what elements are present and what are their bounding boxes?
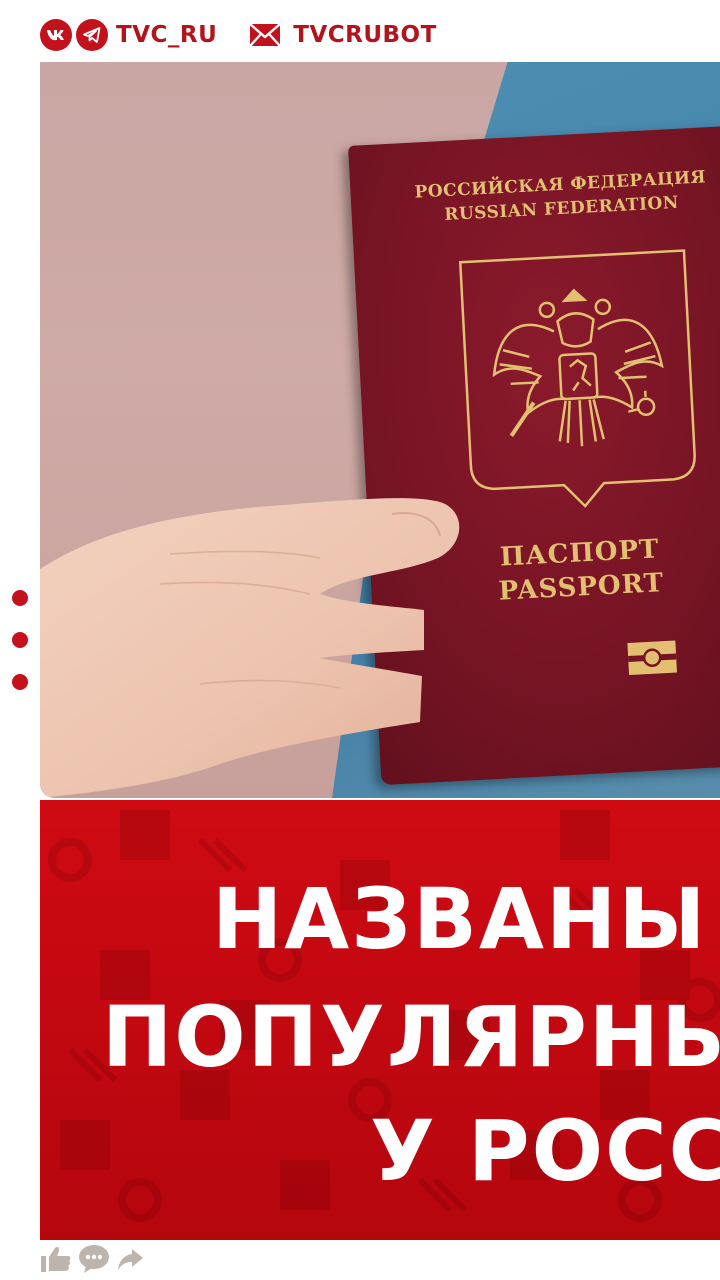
comment-icon[interactable] [78, 1244, 110, 1274]
vk-icon[interactable] [40, 19, 72, 51]
carousel-dot[interactable] [12, 590, 28, 606]
headline-line-3: У РОСС [370, 1102, 720, 1200]
carousel-indicator[interactable] [12, 590, 28, 716]
hand-image [40, 454, 480, 798]
telegram-icon[interactable] [76, 19, 108, 51]
like-icon[interactable] [40, 1245, 72, 1273]
social-handle[interactable]: TVC_RU [116, 22, 217, 48]
carousel-dot[interactable] [12, 674, 28, 690]
headline-line-1: НАЗВАНЫ С [212, 870, 720, 968]
double-headed-eagle-icon [454, 244, 703, 516]
headline-line-2: ПОПУЛЯРНЫ [102, 988, 720, 1086]
bot-handle: TVCRUBOT [293, 22, 437, 48]
headline-banner: НАЗВАНЫ С ПОПУЛЯРНЫ У РОСС [40, 800, 720, 1240]
share-icon[interactable] [116, 1247, 144, 1271]
envelope-icon [249, 23, 281, 47]
carousel-dot[interactable] [12, 632, 28, 648]
header: TVC_RU TVCRUBOT [40, 18, 437, 52]
hero-photo: РОССИЙСКАЯ ФЕДЕРАЦИЯ RUSSIAN FEDERATION … [40, 62, 720, 798]
biometric-chip-icon [626, 639, 678, 676]
bot-contact[interactable]: TVCRUBOT [249, 22, 437, 48]
action-bar [40, 1244, 150, 1274]
